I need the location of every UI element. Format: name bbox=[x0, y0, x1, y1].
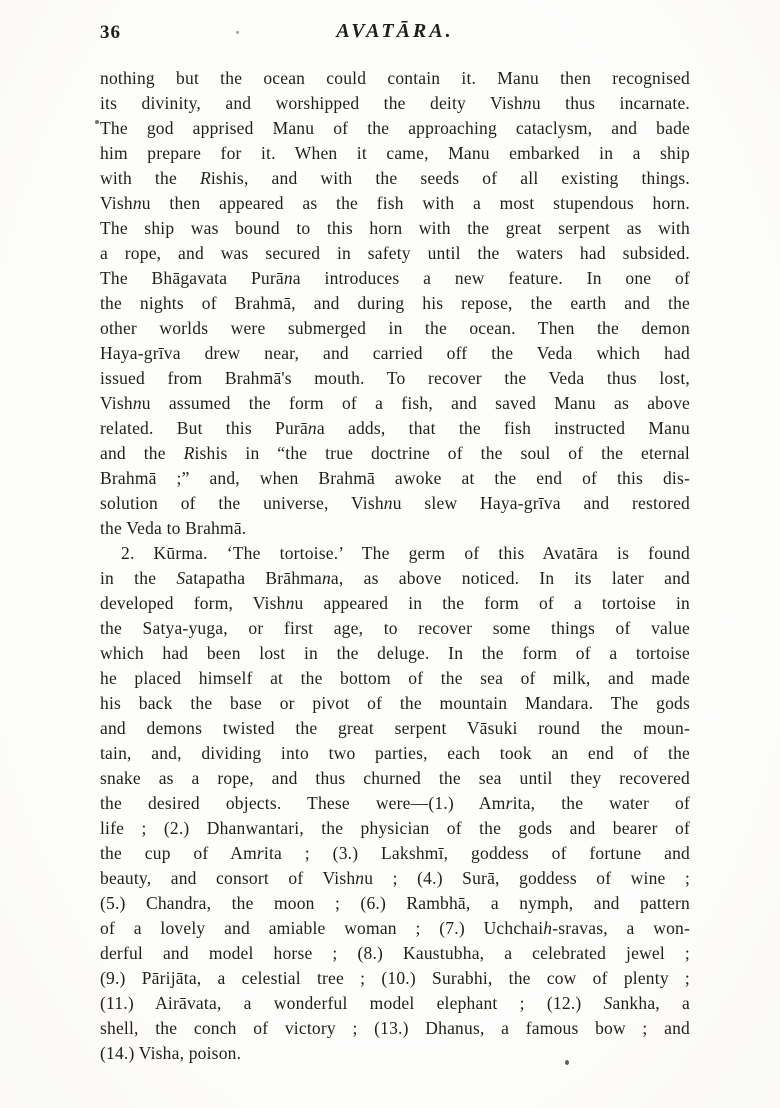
text-line: with the Rishis, and with the seeds of a… bbox=[100, 166, 690, 191]
text-line: The Bhāgavata Purāna introduces a new fe… bbox=[100, 266, 690, 291]
text-line: the nights of Brahmā, and during his rep… bbox=[100, 291, 690, 316]
text-line: snake as a rope, and thus churned the se… bbox=[100, 766, 690, 791]
text-line: tain, and, dividing into two parties, ea… bbox=[100, 741, 690, 766]
text-line: and the Rishis in “the true doctrine of … bbox=[100, 441, 690, 466]
text-line: a rope, and was secured in safety until … bbox=[100, 241, 690, 266]
text-line: The god apprised Manu of the approaching… bbox=[100, 116, 690, 141]
text-line: developed form, Vishnu appeared in the f… bbox=[100, 591, 690, 616]
text-line: he placed himself at the bottom of the s… bbox=[100, 666, 690, 691]
paragraph: nothing but the ocean could contain it. … bbox=[100, 66, 690, 541]
text-block: nothing but the ocean could contain it. … bbox=[100, 66, 690, 1066]
ink-speck bbox=[565, 1060, 569, 1065]
text-line: The ship was bound to this horn with the… bbox=[100, 216, 690, 241]
text-line: his back the base or pivot of the mounta… bbox=[100, 691, 690, 716]
text-line: other worlds were submerged in the ocean… bbox=[100, 316, 690, 341]
text-line: solution of the universe, Vishnu slew Ha… bbox=[100, 491, 690, 516]
text-line: the desired objects. These were—(1.) Amr… bbox=[100, 791, 690, 816]
text-line: issued from Brahmā's mouth. To recover t… bbox=[100, 366, 690, 391]
text-line: (11.) Airāvata, a wonderful model elepha… bbox=[100, 991, 690, 1016]
text-line: related. But this Purāna adds, that the … bbox=[100, 416, 690, 441]
scanned-book-page: 36 AVATĀRA. nothing but the ocean could … bbox=[0, 0, 780, 1108]
ink-speck bbox=[95, 120, 99, 124]
text-line: Vishnu then appeared as the fish with a … bbox=[100, 191, 690, 216]
text-line: Brahmā ;” and, when Brahmā awoke at the … bbox=[100, 466, 690, 491]
text-line: in the Satapatha Brāhmana, as above noti… bbox=[100, 566, 690, 591]
text-line: beauty, and consort of Vishnu ; (4.) Sur… bbox=[100, 866, 690, 891]
text-line: which had been lost in the deluge. In th… bbox=[100, 641, 690, 666]
text-line: Haya-grīva drew near, and carried off th… bbox=[100, 341, 690, 366]
text-line: of a lovely and amiable woman ; (7.) Uch… bbox=[100, 916, 690, 941]
text-line: him prepare for it. When it came, Manu e… bbox=[100, 141, 690, 166]
text-line: 2. Kūrma. ‘The tortoise.’ The germ of th… bbox=[100, 541, 690, 566]
text-line: the cup of Amrita ; (3.) Lakshmī, goddes… bbox=[100, 841, 690, 866]
text-line: shell, the conch of victory ; (13.) Dhan… bbox=[100, 1016, 690, 1041]
page-title: AVATĀRA. bbox=[100, 20, 690, 43]
text-line: derful and model horse ; (8.) Kaustubha,… bbox=[100, 941, 690, 966]
text-line: the Satya-yuga, or first age, to recover… bbox=[100, 616, 690, 641]
ink-speck bbox=[236, 31, 239, 34]
text-line: nothing but the ocean could contain it. … bbox=[100, 66, 690, 91]
text-line: Vishnu assumed the form of a fish, and s… bbox=[100, 391, 690, 416]
text-line: (9.) Pārijāta, a celestial tree ; (10.) … bbox=[100, 966, 690, 991]
text-line: the Veda to Brahmā. bbox=[100, 516, 690, 541]
text-line: and demons twisted the great serpent Vās… bbox=[100, 716, 690, 741]
text-line: life ; (2.) Dhanwantari, the physician o… bbox=[100, 816, 690, 841]
text-line: (5.) Chandra, the moon ; (6.) Rambhā, a … bbox=[100, 891, 690, 916]
text-line: (14.) Visha, poison. bbox=[100, 1041, 690, 1066]
paragraph: 2. Kūrma. ‘The tortoise.’ The germ of th… bbox=[100, 541, 690, 1066]
text-line: its divinity, and worshipped the deity V… bbox=[100, 91, 690, 116]
